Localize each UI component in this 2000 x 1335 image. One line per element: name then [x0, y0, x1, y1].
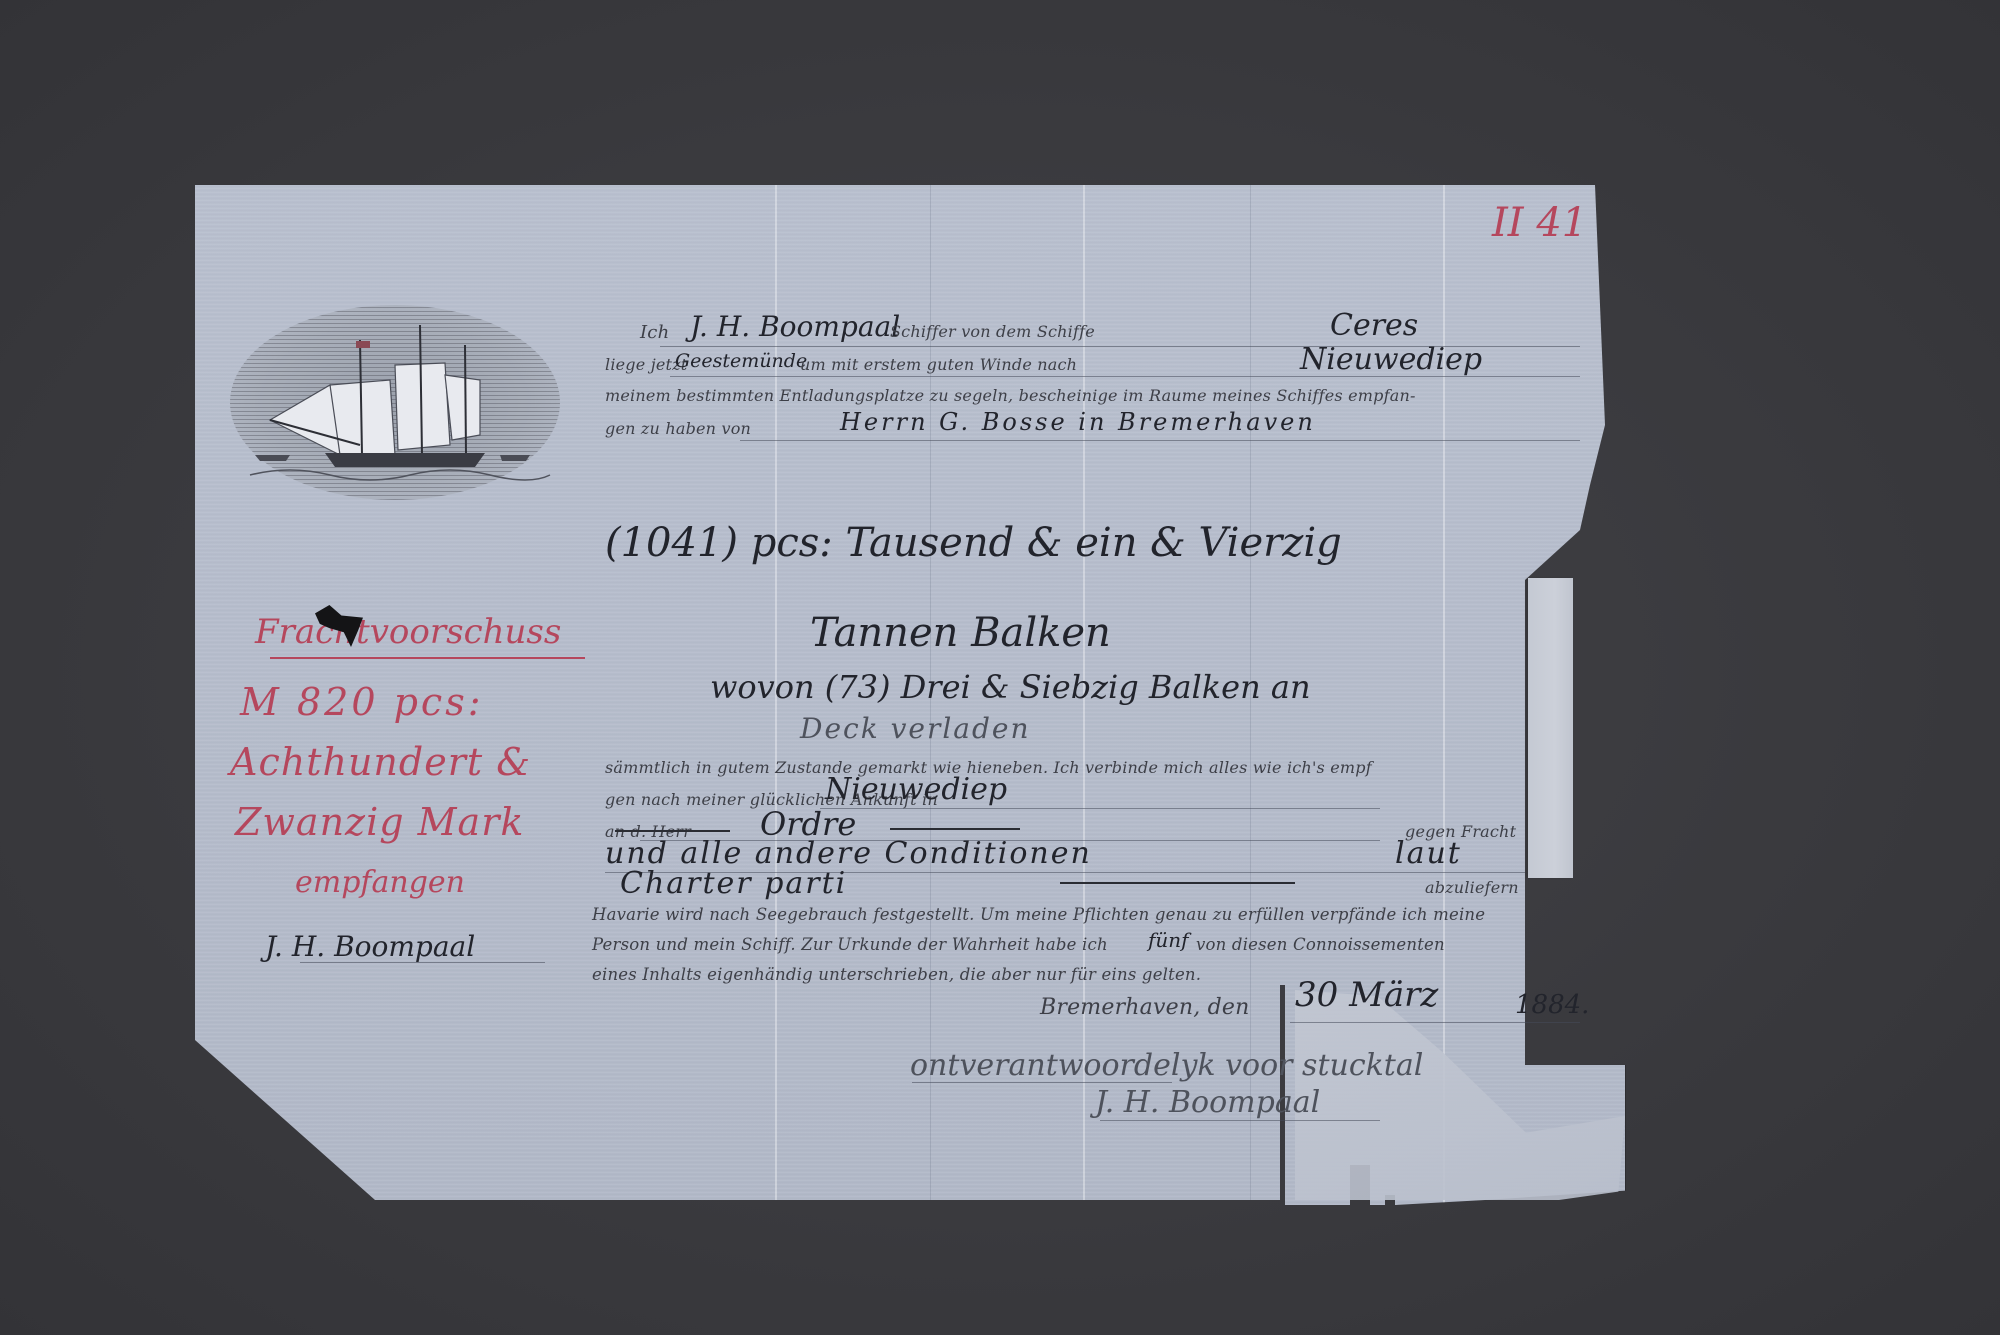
printed-text: von diesen Connoissementen: [1196, 935, 1445, 954]
disclaimer-note: ontverantwoordelyk voor stucktal: [910, 1048, 1423, 1083]
printed-text: gen zu haben von: [605, 419, 751, 438]
place-text: Bremerhaven, den: [1040, 995, 1249, 1020]
printed-text: Schiffer von dem Schiffe: [890, 322, 1095, 341]
printed-text: Havarie wird nach Seegebrauch festgestel…: [592, 905, 1485, 924]
advance-words-line1: Achthundert &: [230, 740, 531, 784]
fold-crease: [1443, 185, 1445, 1205]
printed-text: meinem bestimmten Entladungsplatze zu se…: [605, 386, 1416, 405]
printed-text: eines Inhalts eigenhändig unterschrieben…: [592, 965, 1201, 984]
form-rule: [670, 376, 1580, 377]
copies-count: fünf: [1148, 928, 1189, 952]
conditions-text: laut: [1395, 836, 1462, 871]
fill-line: [890, 828, 1020, 830]
heading-underline: [270, 657, 585, 659]
form-rule: [820, 808, 1380, 809]
printed-text: abzuliefern: [1425, 878, 1519, 897]
captain-name: J. H. Boompaal: [690, 310, 900, 343]
cargo-deck-note: wovon (73) Drei & Siebzig Balken an: [710, 668, 1311, 706]
arrival-port: Nieuwediep: [825, 772, 1007, 807]
ship-name: Ceres: [1330, 308, 1418, 343]
reference-mark: II 41: [1492, 200, 1587, 246]
strike-line: [615, 830, 730, 832]
form-rule: [1290, 1022, 1580, 1023]
printed-text: Person und mein Schiff. Zur Urkunde der …: [592, 935, 1108, 954]
shipper-name: Herrn G. Bosse in Bremerhaven: [840, 408, 1316, 436]
destination-port: Nieuwediep: [1300, 342, 1482, 377]
issue-year: 1884.: [1515, 990, 1589, 1020]
underline: [912, 1082, 1172, 1083]
cargo-quantity: (1041) pcs: Tausend & ein & Vierzig: [605, 520, 1342, 566]
signature-line: [300, 962, 545, 963]
paper-repair-strip: [1528, 578, 1573, 878]
fill-line: [1060, 882, 1295, 884]
cargo-description: Tannen Balken: [810, 610, 1111, 656]
advance-freight-heading: Frachtvoorschuss: [255, 612, 561, 652]
received-note: empfangen: [295, 865, 465, 900]
margin-signature: J. H. Boompaal: [265, 930, 475, 963]
advance-words-line2: Zwanzig Mark: [235, 800, 524, 844]
charter-party-text: Charter parti: [620, 866, 847, 901]
form-rule: [740, 440, 1580, 441]
advance-amount: M 820 pcs:: [240, 680, 484, 724]
captain-signature: J. H. Boompaal: [1095, 1085, 1320, 1120]
cargo-deck-note: Deck verladen: [800, 712, 1031, 745]
signature-line: [1100, 1120, 1380, 1121]
printed-text: um mit erstem guten Winde nach: [800, 355, 1077, 374]
loading-port: Geestemünde: [675, 350, 807, 372]
ship-engraving-icon: [230, 305, 560, 500]
issue-date: 30 März: [1295, 975, 1438, 1015]
printed-text: Ich: [640, 322, 669, 343]
